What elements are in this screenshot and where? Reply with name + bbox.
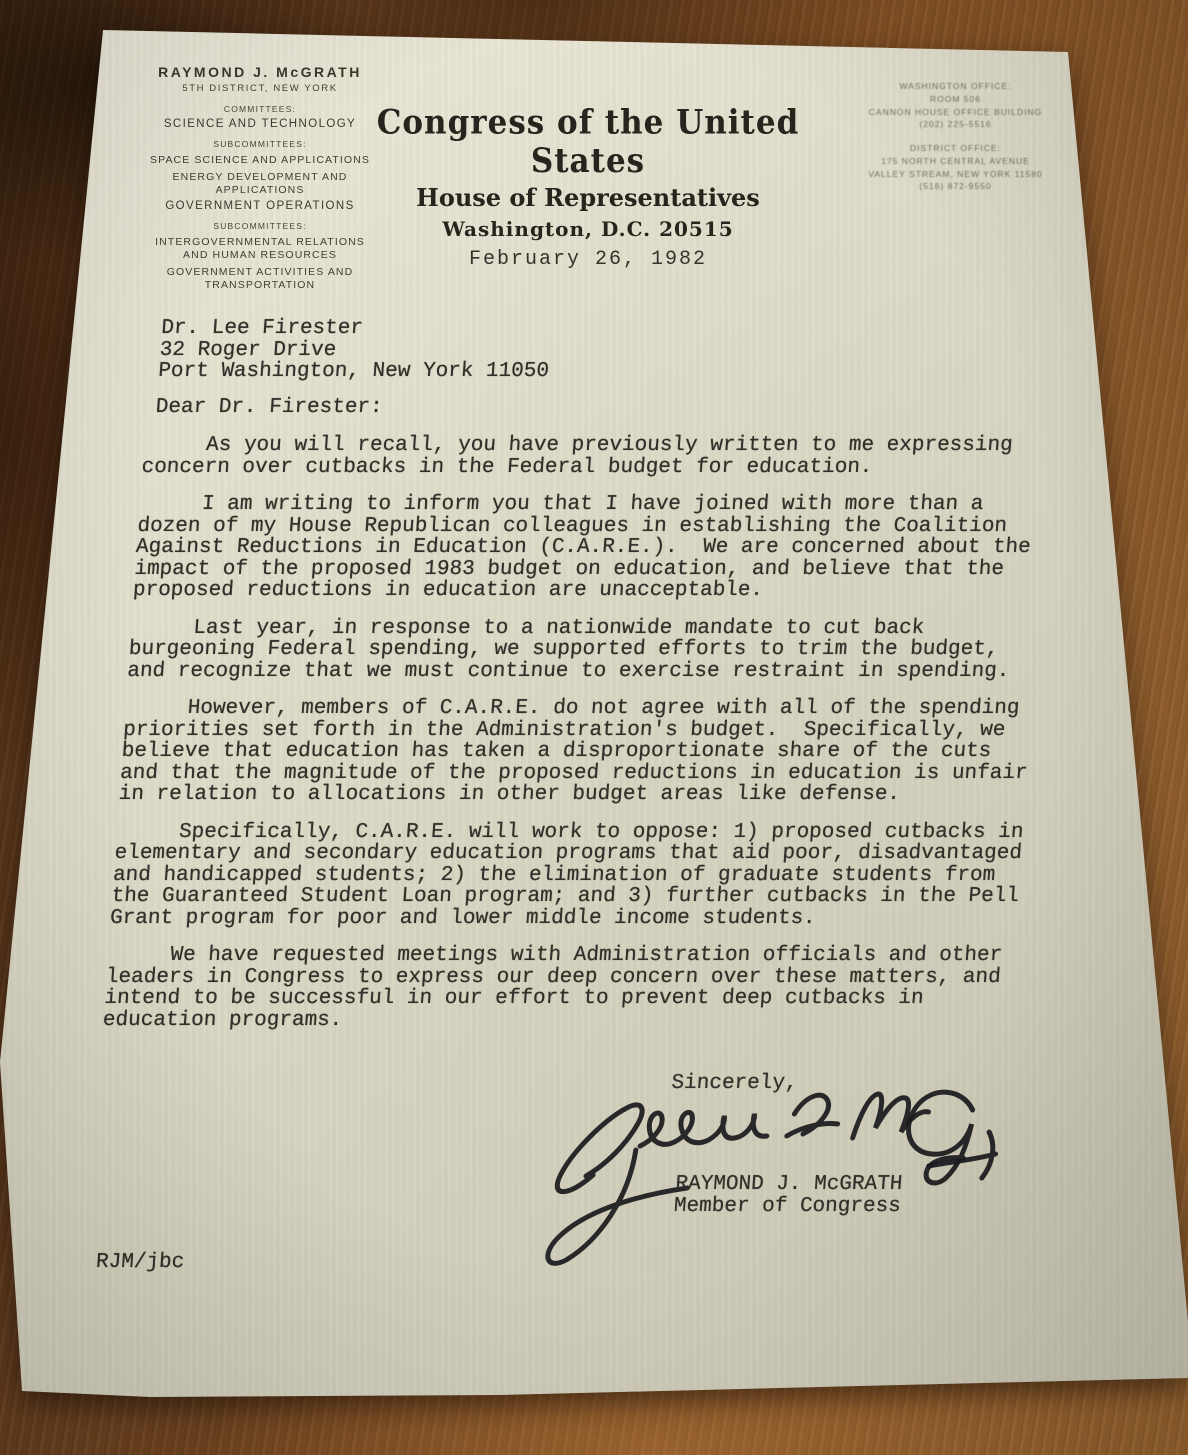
office-line: DISTRICT OFFICE: [838, 142, 1073, 155]
committee-line: GOVERNMENT ACTIVITIES AND TRANSPORTATION [108, 266, 412, 292]
typed-name: RAYMOND J. McGRATH [675, 1174, 903, 1196]
paragraph: As you will recall, you have previously … [141, 435, 1129, 478]
paragraph: Specifically, C.A.R.E. will work to oppo… [109, 822, 1102, 930]
typed-letter-content: Dr. Lee Firester32 Roger DrivePort Washi… [0, 318, 1188, 1455]
district-office-block: DISTRICT OFFICE:175 NORTH CENTRAL AVENUE… [838, 142, 1073, 193]
committee-line: ENERGY DEVELOPMENT AND APPLICATIONS [108, 171, 412, 197]
paragraph: I am writing to inform you that I have j… [132, 494, 1125, 602]
recipient-line: 32 Roger Drive [159, 340, 551, 362]
photo-of-letter: RAYMOND J. McGRATH 5TH DISTRICT, NEW YOR… [0, 0, 1188, 1455]
letterhead-right: WASHINGTON OFFICE:ROOM 506CANNON HOUSE O… [838, 80, 1073, 204]
paragraph: Last year, in response to a nationwide m… [127, 618, 1117, 683]
salutation: Dear Dr. Firester: [155, 397, 383, 419]
member-district: 5TH DISTRICT, NEW YORK [108, 83, 412, 94]
washington-office-block: WASHINGTON OFFICE:ROOM 506CANNON HOUSE O… [838, 80, 1073, 131]
office-line: ROOM 506 [838, 93, 1073, 106]
committee-line: SUBCOMMITTEES: [108, 139, 412, 150]
committee-line: GOVERNMENT OPERATIONS [108, 199, 412, 213]
letterhead-left: RAYMOND J. McGRATH 5TH DISTRICT, NEW YOR… [108, 64, 412, 293]
typed-signature-block: RAYMOND J. McGRATH Member of Congress [673, 1174, 903, 1217]
recipient-line: Dr. Lee Firester [160, 318, 552, 340]
letterhead-center: Congress of the United States House of R… [368, 106, 808, 271]
committee-line: COMMITTEES: [108, 104, 412, 115]
house-subtitle: House of Representatives [368, 183, 808, 212]
recipient-line: Port Washington, New York 11050 [157, 361, 549, 383]
committee-list: COMMITTEES:SCIENCE AND TECHNOLOGYSUBCOMM… [108, 104, 412, 293]
office-line: (202) 225-5516 [838, 118, 1073, 131]
member-name: RAYMOND J. McGRATH [108, 64, 412, 80]
paragraph: However, members of C.A.R.E. do not agre… [118, 698, 1111, 806]
office-line: CANNON HOUSE OFFICE BUILDING [838, 106, 1073, 119]
office-line: (516) 872-9550 [838, 180, 1073, 193]
date-line: February 26, 1982 [368, 248, 808, 271]
reference-initials: RJM/jbc [95, 1252, 185, 1274]
congress-title: Congress of the United States [368, 103, 808, 181]
committee-line: INTERGOVERNMENTAL RELATIONS AND HUMAN RE… [108, 236, 412, 262]
committee-line: SUBCOMMITTEES: [108, 221, 412, 232]
washington-line: Washington, D.C. 20515 [368, 217, 808, 241]
recipient-address: Dr. Lee Firester32 Roger DrivePort Washi… [157, 318, 552, 383]
letter-body: As you will recall, you have previously … [101, 435, 1129, 1047]
typed-title: Member of Congress [673, 1196, 901, 1218]
committee-line: SCIENCE AND TECHNOLOGY [108, 117, 412, 131]
paragraph: We have requested meetings with Administ… [102, 945, 1093, 1031]
office-line: WASHINGTON OFFICE: [838, 80, 1073, 93]
committee-line: SPACE SCIENCE AND APPLICATIONS [108, 154, 412, 167]
office-line: 175 NORTH CENTRAL AVENUE [838, 155, 1073, 168]
office-line: VALLEY STREAM, NEW YORK 11580 [838, 168, 1073, 181]
